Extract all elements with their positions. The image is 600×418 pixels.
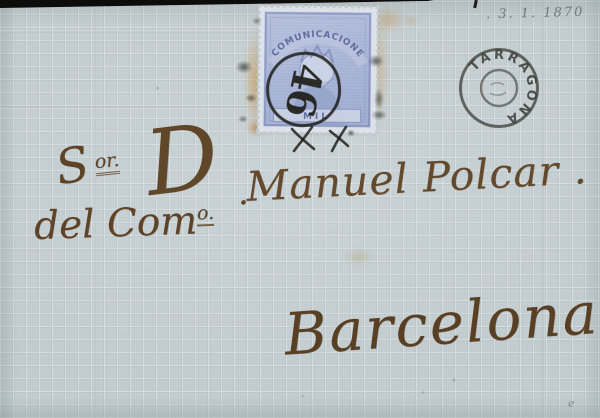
ink-smudge: [365, 52, 387, 70]
ink-cross-strokes: [286, 124, 366, 158]
cover-photo: COMUNICACIONES MIL 46: [0, 0, 600, 418]
ink-smudge: [232, 58, 256, 76]
pencil-date: . 3. 1. 1870: [486, 5, 585, 23]
foxing-stain: [404, 16, 418, 26]
address-line2: del Como.: [33, 201, 215, 246]
ink-smudge: [236, 114, 250, 124]
svg-text:TARRAGONA: TARRAGONA: [467, 48, 540, 128]
postmark-town: TARRAGONA: [467, 48, 540, 128]
folded-letter-paper: COMUNICACIONES MIL 46: [0, 0, 600, 418]
ink-smudge: [250, 16, 264, 26]
foxing-stain: [344, 248, 374, 266]
address-line2-superscript: o.: [197, 202, 215, 227]
address-line2-text: del Com: [33, 198, 198, 249]
ink-smudge: [243, 92, 259, 104]
ink-smudge: [420, 390, 426, 395]
paper-crease: [0, 106, 270, 109]
destination-city: Barcelona.: [282, 282, 600, 363]
ink-smudge: [155, 86, 160, 90]
flourished-letter-D: D: [141, 112, 224, 210]
ink-smudge: [300, 394, 306, 398]
ink-smudge: [368, 108, 390, 122]
salutation-superscript: or.: [94, 151, 121, 176]
ink-tick: [473, 0, 478, 8]
tarragona-postmark: TARRAGONA: [444, 33, 554, 143]
corner-pencil-mark: e: [568, 397, 575, 410]
salutation-initial: S: [52, 140, 93, 193]
ink-smudge: [452, 376, 456, 384]
perforation-edge: [257, 3, 380, 9]
illegible-date-marks: [490, 83, 506, 95]
cancel-number: 46: [275, 59, 332, 119]
